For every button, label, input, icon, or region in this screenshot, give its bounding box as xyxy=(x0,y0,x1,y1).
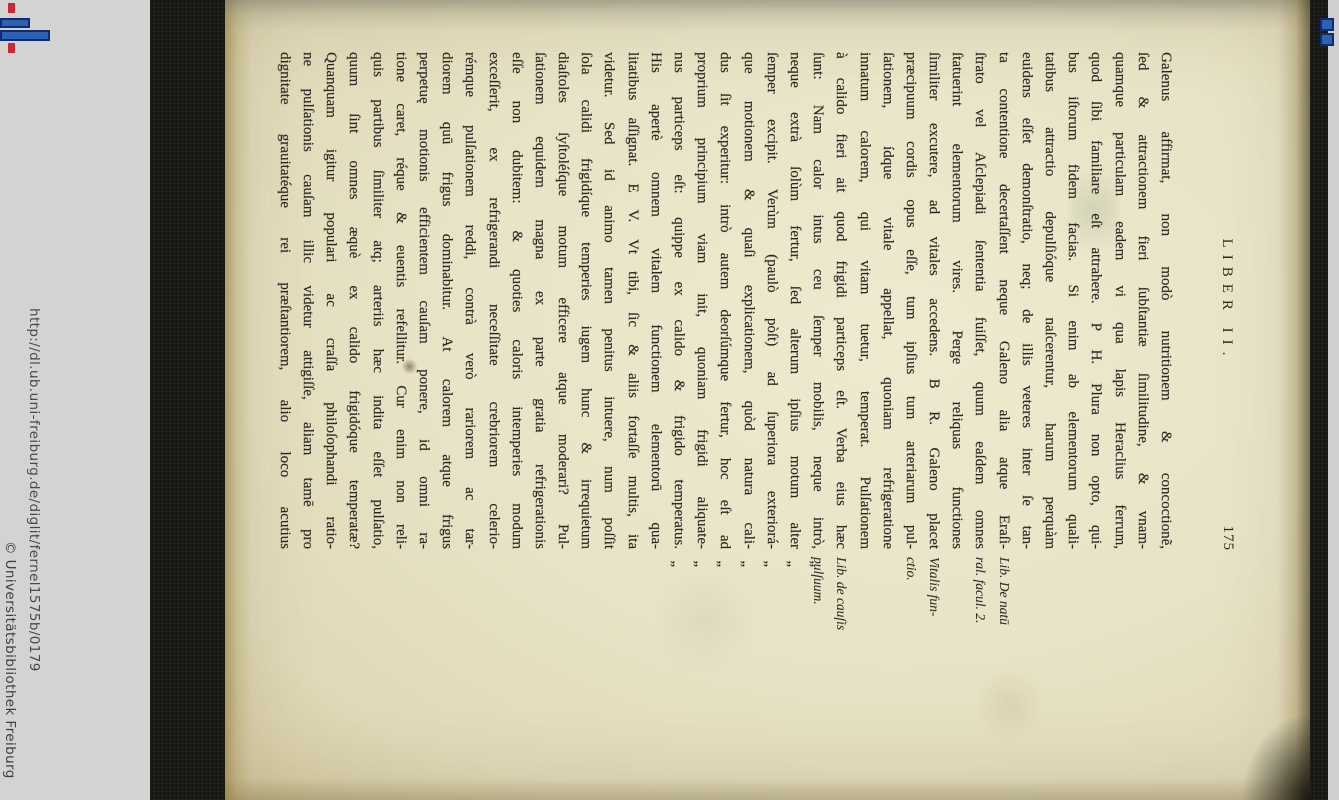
text-line: que motionem & quaſi explicationem, quòd… xyxy=(736,52,759,549)
text-line: His apertè omnem vitalem functionem elem… xyxy=(644,52,667,549)
text-line: bus iſtorum fidem facias. Si enim ab ele… xyxy=(1061,52,1084,549)
text-line: ſtrato vel Aſclepiadi ſententia fuiſſet,… xyxy=(968,52,991,549)
margin-note: pulſuum. xyxy=(812,557,826,605)
logo-blue-square-icon xyxy=(1320,18,1334,31)
text-line: innatum calorem, qui vitam tuetur, tempe… xyxy=(852,52,875,549)
text-line: ſed & attractionem fieri ſubſtantiæ ſimi… xyxy=(1131,52,1154,549)
text-line: ſimiliter excutere, ad vitales accedens.… xyxy=(922,52,945,549)
marginal-quote-mark: „ xyxy=(734,560,757,567)
source-url: http://dl.ub.uni-freiburg.de/diglit/fern… xyxy=(26,308,42,672)
margin-note: Vitalis fun- xyxy=(928,557,942,616)
text-line: euidens eſſet demonſtratio, neq; de illi… xyxy=(1015,52,1038,549)
digitized-book-viewer: http://dl.ub.uni-freiburg.de/diglit/fern… xyxy=(0,0,1339,800)
text-line: rémque pulſationem reddi, contrà verò ra… xyxy=(458,52,481,549)
corner-logo-icon xyxy=(1320,18,1337,51)
text-line: tione caret, réque & euentis refellitur.… xyxy=(389,52,412,549)
text-line: ta contentione decertaſſent neque Galeno… xyxy=(992,52,1015,549)
text-line: ſationem, ídque vitale appellat, quoniam… xyxy=(876,52,899,549)
copyright-notice: © Universitätsbibliothek Freiburg xyxy=(2,541,18,779)
text-line: proprium principium viam init, quoniam f… xyxy=(690,52,713,549)
text-line: exceſſerit, ex refrigerandi neceſſitate … xyxy=(481,52,504,549)
text-line: diaſtoles ſyſtoléſque motum efficere atq… xyxy=(551,52,574,549)
text-line: quis partibus ſimiliter atq; arteriis hæ… xyxy=(365,52,388,549)
logo-blue-bar-icon xyxy=(0,30,50,41)
text-line: Galenus affirmat, non modò nutritionem &… xyxy=(1154,52,1177,549)
text-line: quum ſint omnes æquè ex calido frigidóqu… xyxy=(342,52,365,549)
text-line: ſola calidi frigidíque temperies iugem h… xyxy=(574,52,597,549)
running-header: LIBER II. 175 xyxy=(1218,52,1236,549)
text-line: litatibus aſſignat. E V. Vt tibi, ſic & … xyxy=(621,52,644,549)
text-line: neque extrà ſolùm fertur, ſed alterum ip… xyxy=(783,52,806,549)
margin-note: Lib. De natū xyxy=(997,557,1011,625)
text-line: videtur. Sed id animo tamen penitus intu… xyxy=(597,52,620,549)
library-logo-icon xyxy=(0,0,70,62)
text-line: Quanquam igitur populari ac craſſa philo… xyxy=(319,52,342,549)
margin-note: Lib. de cauſis xyxy=(835,557,849,630)
text-line: eſſe non dubitem: & quoties caloris inte… xyxy=(505,52,528,549)
logo-red-square-icon xyxy=(8,3,15,13)
paper-stain xyxy=(980,660,1040,750)
text-line: perpetuę motionis efficientem cauſam pon… xyxy=(412,52,435,549)
text-line: ſemper excipit. Verùm (paulò pòſt) ad ſu… xyxy=(760,52,783,549)
marginal-quote-mark: „ xyxy=(688,560,711,567)
logo-blue-bar-icon xyxy=(0,18,30,28)
logo-red-square-icon xyxy=(8,43,15,53)
header-title: LIBER II. xyxy=(1219,239,1235,363)
left-gray-strip: http://dl.ub.uni-freiburg.de/diglit/fern… xyxy=(0,0,150,800)
marginal-quote-mark: „ xyxy=(781,560,804,567)
page-number: 175 xyxy=(1219,526,1236,552)
marginal-quote-mark: „ xyxy=(758,560,781,567)
book-page: LIBER II. 175 Galenus affirmat, non modò… xyxy=(225,0,1310,800)
text-line: ſtatuerint elementorum vires. Perge reli… xyxy=(945,52,968,549)
text-line: diorem quū frigus dominabitur. At calore… xyxy=(435,52,458,549)
text-line: tatibus attractio depulſióque naſcerentu… xyxy=(1038,52,1061,549)
text-line: quamque particulam eadem vi qua lapis He… xyxy=(1107,52,1130,549)
logo-blue-square-icon xyxy=(1320,33,1334,46)
bleedthrough-mark xyxy=(660,560,750,680)
right-gray-strip xyxy=(1328,0,1339,800)
text-line: dus ſit experitur: intrò autem deorſúmqu… xyxy=(713,52,736,549)
marginal-quote-mark: „ xyxy=(711,560,734,567)
text-line: ſationem equidem magna ex parte gratia r… xyxy=(528,52,551,549)
text-line: ſunt: Nam calor intus ceu ſemper mobilis… xyxy=(806,52,829,549)
body-text: Galenus affirmat, non modò nutritionem &… xyxy=(273,52,1177,549)
margin-note: ctio. xyxy=(904,557,918,581)
text-line: à calido fieri ait quod frigidi particep… xyxy=(829,52,852,549)
text-line: nus particeps eſt: quippe ex calido & fr… xyxy=(667,52,690,549)
text-line: ne pulſationis cauſam illic videtur atti… xyxy=(296,52,319,549)
text-line: dignitate grauitatéque rei præſtantiorem… xyxy=(273,52,296,549)
margin-note: ral. facul. 2. xyxy=(974,557,988,623)
text-line: quod ſibi familiare eſt attrahere. P H. … xyxy=(1084,52,1107,549)
marginal-quote-mark: „ xyxy=(665,560,688,567)
text-line: præcipuum cordis opus eſſe, tum ipſius t… xyxy=(899,52,922,549)
scan-backdrop: LIBER II. 175 Galenus affirmat, non modò… xyxy=(150,0,1328,800)
